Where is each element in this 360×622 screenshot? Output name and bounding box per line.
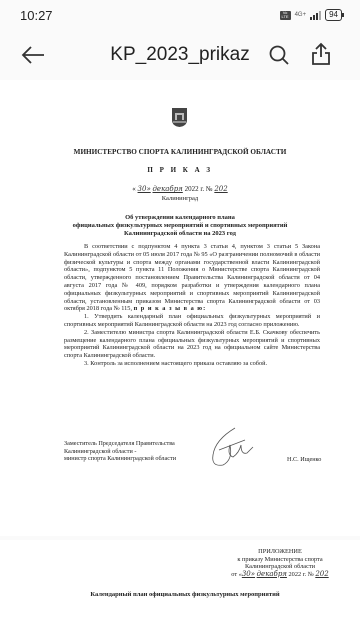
- plan-heading: Календарный план официальных физкультурн…: [40, 591, 330, 598]
- appendix-date: от «30» декабря 2022 г. № 202: [220, 571, 340, 579]
- coat-of-arms-icon: [171, 106, 188, 128]
- system-icons: VoLTE 4G+ 94: [280, 9, 342, 21]
- handwritten-signature: [205, 425, 255, 470]
- document-page-2[interactable]: ПРИЛОЖЕНИЕ к приказу Министерства спорта…: [0, 540, 360, 622]
- status-bar: 10:27 VoLTE 4G+ 94: [0, 0, 360, 30]
- back-arrow-icon[interactable]: [20, 44, 46, 66]
- app-toolbar: KP_2023_prikaz: [0, 36, 360, 76]
- handwritten-month: декабря: [152, 185, 182, 193]
- order-subject: Об утверждении календарного плана официа…: [40, 214, 320, 238]
- order-body: В соответствии с подпунктом 4 пункта 3 с…: [64, 243, 320, 368]
- preamble: В соответствии с подпунктом 4 пункта 3 с…: [64, 243, 320, 313]
- order-item-2: 2. Заместителю министра спорта Калинингр…: [64, 329, 320, 360]
- ministry-heading: МИНИСТЕРСТВО СПОРТА КАЛИНИНГРАДСКОЙ ОБЛА…: [0, 148, 360, 156]
- document-page-1[interactable]: МИНИСТЕРСТВО СПОРТА КАЛИНИНГРАДСКОЙ ОБЛА…: [0, 80, 360, 536]
- share-icon[interactable]: [310, 42, 332, 66]
- battery-icon: 94: [325, 9, 342, 21]
- search-icon[interactable]: [268, 44, 290, 66]
- signal-icon: [310, 11, 321, 20]
- order-item-1: 1. Утвердить календарный план официальны…: [64, 313, 320, 329]
- order-item-3: 3. Контроль за исполнением настоящего пр…: [64, 360, 320, 368]
- signatory-name: Н.С. Ищенко: [287, 456, 321, 463]
- clock: 10:27: [20, 8, 53, 23]
- order-title: П Р И К А З: [0, 166, 360, 174]
- document-title: KP_2023_prikaz: [0, 44, 360, 66]
- handwritten-number: 202: [214, 185, 227, 193]
- handwritten-day: 30»: [138, 185, 151, 193]
- signatory-title: Заместитель Председателя Правительства К…: [64, 440, 204, 463]
- order-date: « 30» декабря 2022 г. № 202: [0, 185, 360, 193]
- appendix-header: ПРИЛОЖЕНИЕ к приказу Министерства спорта…: [220, 548, 340, 578]
- city: Калининград: [0, 195, 360, 202]
- network-type: 4G+: [295, 12, 307, 19]
- volte-icon: VoLTE: [280, 11, 291, 20]
